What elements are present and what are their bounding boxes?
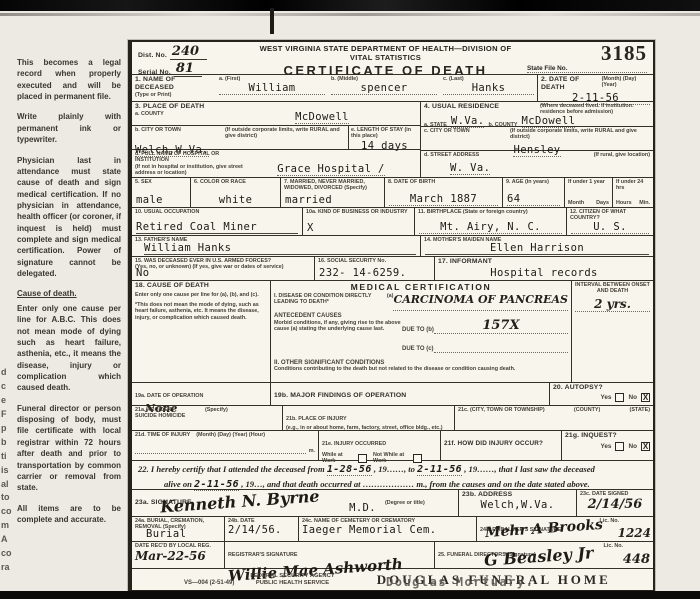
sex-value: male — [136, 194, 186, 206]
pod-city-note: (If outside corporate limits, write RURA… — [225, 127, 345, 139]
burial-type-cell: 24a. BURIAL, CREMATION, REMOVAL (Specify… — [132, 517, 224, 541]
birthplace-label: 11. BIRTHPLACE (State or foreign country… — [418, 209, 563, 215]
antecedent-block: ANTECEDENT CAUSES Morbid conditions, if … — [271, 312, 571, 358]
birthplace-value: Mt. Airy, N. C. — [419, 221, 562, 234]
medical-certification-body: MEDICAL CERTIFICATION I. DISEASE OR COND… — [270, 281, 571, 382]
age-under24hr-label: If under 24 hrs — [616, 179, 650, 191]
department-title: WEST VIRGINIA STATE DEPARTMENT OF HEALTH… — [253, 44, 518, 62]
time-of-injury-sublabel: (Month) (Day) (Year) (Hour) — [196, 432, 265, 438]
residence-city-note: (If outside corporate limits, write RURA… — [510, 128, 650, 140]
embalmer-cell: 24d. EMBALMER'S SIGNATURE Lic. No. Mehr … — [476, 517, 653, 541]
parents-row: 13. FATHER'S NAME William Hanks 14. MOTH… — [132, 236, 653, 257]
age-hours-label: Hours — [616, 200, 632, 206]
interval-cell: INTERVAL BETWEEN ONSET AND DEATH 2 yrs. — [571, 281, 653, 382]
medical-certification-title: MEDICAL CERTIFICATION — [271, 281, 571, 292]
date-received-value: Mar-22-56 — [135, 549, 221, 563]
burial-date-cell: 24b. DATE 2/14/56. — [224, 517, 298, 541]
burial-row: 24a. BURIAL, CREMATION, REMOVAL (Specify… — [132, 517, 653, 542]
injury-occurred-label: 21e. INJURY OCCURRED — [322, 441, 386, 447]
embalmer-lic-value: 1224 — [618, 526, 651, 540]
medical-certification-section: 18. CAUSE OF DEATH Enter only one cause … — [132, 281, 653, 383]
dist-no-label: Dist. No. — [138, 52, 167, 60]
place-of-injury-label: 21b. PLACE OF INJURY — [286, 416, 347, 422]
time-of-injury-label: 21d. TIME OF INJURY — [135, 432, 190, 438]
occupation-cell: 10. USUAL OCCUPATION Retired Coal Miner — [132, 208, 302, 235]
inquest-no-checkbox: X — [641, 442, 650, 451]
sex-label: 5. SEX — [135, 179, 187, 185]
father-value: William Hanks — [144, 242, 416, 255]
pod-city-label: b. CITY OR TOWN — [135, 127, 181, 139]
mother-cell: 14. MOTHER'S MAIDEN NAME Ellen Harrison — [420, 236, 653, 256]
place-of-death-label: 3. PLACE OF DEATH — [135, 103, 227, 111]
degree-title-cell: (Degree or title) — [382, 490, 458, 516]
burial-type-value: Burial — [146, 528, 220, 540]
age-under1yr-cell: If under 1 year Month Days — [564, 178, 612, 207]
place-of-injury-cell: 21b. PLACE OF INJURY (e.g., in or about … — [282, 406, 454, 430]
physician-address-value: Welch,W.Va. — [462, 499, 573, 511]
accident-cell: 21a. ACCIDENT SUICIDE HOMICIDE (Specify) — [132, 406, 282, 430]
certificate-form: Dist. No. 240 Serial No. 81 WEST VIRGINI… — [128, 40, 655, 592]
disease-a-value: CARCINOMA OF PANCREAS — [393, 293, 568, 311]
date-signed-value: 2/14/56 — [580, 497, 650, 512]
note-funeral-director: Funeral director or person disposing of … — [17, 403, 121, 494]
injury-type-row: 21a. ACCIDENT SUICIDE HOMICIDE (Specify)… — [132, 406, 653, 431]
dist-serial-block: Dist. No. 240 Serial No. 81 — [132, 42, 250, 74]
first-name-value: William — [219, 82, 325, 95]
dist-no-value: 240 — [170, 44, 207, 60]
certify-text-4: alive on — [164, 479, 192, 489]
time-of-injury-blank — [135, 444, 306, 454]
occupation-row: 10. USUAL OCCUPATION Retired Coal Miner … — [132, 208, 653, 236]
form-number: VS—004 (2-51-49) — [184, 580, 234, 586]
last-name-value: Hanks — [443, 82, 534, 95]
injury-county-label: (COUNTY) — [574, 407, 600, 429]
time-of-injury-cell: 21d. TIME OF INJURY (Month) (Day) (Year)… — [132, 431, 318, 460]
dob-label: 8. DATE OF BIRTH — [388, 179, 499, 185]
autopsy-label: 20. AUTOPSY? — [553, 384, 650, 392]
certify-text-3: , 19……, that I last saw the deceased — [464, 464, 595, 474]
fd-lic-value: 448 — [623, 552, 650, 567]
residence-street-row: d. STREET ADDRESS (If rural, give locati… — [421, 151, 653, 177]
sex-cell: 5. SEX male — [132, 178, 190, 207]
date-of-death-label: 2. DATE OF DEATH — [541, 76, 602, 92]
citizen-label: 12. CITIZEN OF WHAT COUNTRY? — [570, 209, 650, 221]
armed-forces-value: No — [136, 267, 310, 279]
pod-county-value: McDowell — [295, 111, 349, 124]
due-to-b-value: 157X — [434, 318, 568, 334]
age-cell: 9. AGE (In years) 64 — [502, 178, 564, 207]
certify-text-1: 22. I hereby certify that I attended the… — [138, 464, 325, 474]
how-injury-label: 21f. HOW DID INJURY OCCUR? — [444, 440, 543, 447]
disease-line: I. DISEASE OR CONDITION DIRECTLY LEADING… — [271, 292, 571, 312]
age-under1yr-label: If under 1 year — [568, 179, 609, 185]
other-conditions-note: Conditions contributing to the death but… — [274, 366, 568, 372]
usual-residence-section: 4. USUAL RESIDENCE (Where deceased lived… — [420, 102, 653, 177]
street-address-note: (If rural, give location) — [594, 152, 650, 158]
occupation-value: Retired Coal Miner — [136, 221, 298, 234]
date-of-death-sublabel: (Month) (Day) (Year) — [602, 76, 650, 92]
autopsy-no-checkbox: X — [641, 393, 650, 402]
usual-residence-note: (Where deceased lived. If institution: r… — [540, 103, 650, 115]
date-received-cell: DATE REC'D BY LOCAL REG. Mar-22-56 — [132, 542, 224, 568]
citizen-value: U. S. — [571, 221, 649, 234]
injury-city-label: 21c. (CITY, TOWN OR TOWNSHIP) — [458, 407, 545, 429]
note-cause-heading: Cause of death. — [17, 288, 121, 299]
other-conditions-label: II. OTHER SIGNIFICANT CONDITIONS — [274, 359, 568, 366]
scan-artifact-streak — [0, 13, 700, 16]
burial-date-value: 2/14/56. — [228, 524, 295, 536]
hospital-value: Grace Hospital / — [277, 163, 385, 176]
operation-autopsy-row: 19a. DATE OF OPERATION None 19b. MAJOR F… — [132, 383, 653, 406]
autopsy-no-label: No — [628, 394, 637, 401]
pod-hospital-row: d. FULL NAME OF HOSPITAL OR INSTITUTION … — [132, 150, 420, 177]
inquest-yes-checkbox — [615, 442, 624, 451]
dob-value: March 1887 — [389, 193, 498, 206]
operation-findings-cell: 19b. MAJOR FINDINGS OF OPERATION — [270, 383, 549, 405]
marital-cell: 7. MARRIED, NEVER MARRIED, WIDOWED, DIVO… — [280, 178, 384, 207]
middle-name-value: spencer — [331, 82, 437, 95]
registrar-signature-cell: REGISTRAR'S SIGNATURE Willie Mae Ashwort… — [224, 542, 434, 568]
note-cause-rules: Enter only one cause per line for A.B.C.… — [17, 303, 121, 394]
race-value: white — [195, 194, 276, 206]
cemetery-cell: 24c. NAME OF CEMETERY OR CREMATORY Iaege… — [298, 517, 476, 541]
accident-label: 21a. ACCIDENT SUICIDE HOMICIDE — [135, 407, 195, 429]
citizen-cell: 12. CITIZEN OF WHAT COUNTRY? U. S. — [566, 208, 653, 235]
street-address-label: d. STREET ADDRESS — [424, 152, 479, 158]
sex-race-age-row: 5. SEX male 6. COLOR OR RACE white 7. MA… — [132, 178, 653, 208]
scan-artifact-edge-text: d c e F p b ti is al to co m A co ra — [1, 366, 13, 575]
age-min-label: Min. — [639, 200, 650, 206]
attendance-certify-row: 22. I hereby certify that I attended the… — [132, 461, 653, 490]
informant-value: Hospital records — [439, 267, 649, 279]
physician-signature-cell: 23a. SIGNATURE Kenneth N. Byrne M.D. — [132, 490, 382, 516]
service-ssn-informant-row: 15. WAS DECEASED EVER IN U.S. ARMED FORC… — [132, 257, 653, 281]
due-to-c-label: DUE TO (c) — [402, 346, 434, 353]
inquest-yes-label: Yes — [600, 443, 611, 450]
physician-signature: Kenneth N. Byrne — [160, 486, 321, 516]
cause-of-death-label: 18. CAUSE OF DEATH — [135, 282, 267, 290]
first-name-cell: a. (First) William — [216, 75, 328, 101]
date-signed-cell: 23c. DATE SIGNED 2/14/56 — [576, 490, 653, 516]
injury-state-label: (STATE) — [630, 407, 650, 429]
age-value: 64 — [507, 193, 560, 206]
physician-address-label: 23b. ADDRESS — [462, 491, 573, 499]
autopsy-cell: 20. AUTOPSY? Yes No X — [549, 383, 653, 405]
place-residence-block: 3. PLACE OF DEATH a. COUNTY McDowell b. … — [132, 102, 653, 178]
note-write-plainly: Write plainly with permanent ink or type… — [17, 111, 121, 145]
form-header-row: Dist. No. 240 Serial No. 81 WEST VIRGINI… — [132, 42, 653, 75]
cause-of-death-note-cell: 18. CAUSE OF DEATH Enter only one cause … — [132, 281, 270, 382]
race-label: 6. COLOR OR RACE — [194, 179, 277, 185]
injury-time-row: 21d. TIME OF INJURY (Month) (Day) (Year)… — [132, 431, 653, 461]
agency-line-2: PUBLIC HEALTH SERVICE — [250, 580, 334, 587]
agency-line-1: FEDERAL SECURITY AGENCY — [250, 573, 334, 580]
business-cell: 10a. KIND OF BUSINESS OR INDUSTRY X — [302, 208, 414, 235]
age-label: 9. AGE (In years) — [506, 179, 561, 185]
operation-findings-label: 19b. MAJOR FINDINGS OF OPERATION — [274, 392, 406, 399]
middle-name-cell: b. (Middle) spencer — [328, 75, 440, 101]
residence-state-county-row: 4. USUAL RESIDENCE (Where deceased lived… — [421, 102, 653, 127]
father-cell: 13. FATHER'S NAME William Hanks — [132, 236, 420, 256]
certify-from-date: 1-28-56 — [327, 464, 372, 476]
scan-artifact-top-band — [0, 0, 700, 11]
scan-artifact-bottom-band — [0, 591, 700, 599]
business-value: X — [307, 222, 410, 234]
cause-note-1: Enter only one cause per line for (a), (… — [135, 292, 267, 298]
due-to-c-blank — [434, 343, 568, 353]
name-label: 1. NAME OF DECEASED — [135, 76, 213, 92]
ssn-label: 16. SOCIAL SECURITY No. — [318, 258, 431, 264]
autopsy-yes-checkbox — [615, 393, 624, 402]
cause-note-2: *This does not mean the mode of dying, s… — [135, 302, 267, 321]
physician-signature-row: 23a. SIGNATURE Kenneth N. Byrne M.D. (De… — [132, 490, 653, 517]
funeral-director-cell: 25. FUNERAL DIRECTORS (Signature) Lic. N… — [434, 542, 653, 568]
ssn-cell: 16. SOCIAL SECURITY No. 232- 14-6259. — [314, 257, 434, 280]
autopsy-yes-label: Yes — [600, 394, 611, 401]
injury-occurred-cell: 21e. INJURY OCCURRED While at Work Not W… — [318, 431, 440, 460]
residence-city-row: c. CITY OR TOWN (If outside corporate li… — [421, 127, 653, 151]
disease-label: I. DISEASE OR CONDITION DIRECTLY LEADING… — [274, 293, 387, 311]
physician-degree: M.D. — [349, 502, 376, 514]
marital-label: 7. MARRIED, NEVER MARRIED, WIDOWED, DIVO… — [284, 179, 381, 191]
injury-location-cell: 21c. (CITY, TOWN OR TOWNSHIP) (COUNTY) (… — [454, 406, 653, 430]
hospital-label: d. FULL NAME OF HOSPITAL OR INSTITUTION — [135, 151, 245, 163]
cemetery-value: Iaeger Memorial Cem. — [302, 524, 473, 536]
age-under24hr-cell: If under 24 hrs Hours Min. — [612, 178, 653, 207]
certify-text-2: , 19……, to — [374, 464, 415, 474]
marital-value: married — [285, 194, 380, 206]
informant-cell: 17. INFORMANT Hospital records — [434, 257, 653, 280]
inquest-label: 21g. INQUEST? — [565, 432, 650, 440]
accident-specify-note: (Specify) — [205, 407, 228, 429]
fd-lic-label: Lic. No. — [604, 543, 623, 549]
state-file-label: State File No. — [527, 65, 647, 73]
antecedent-note: Morbid conditions, if any, giving rise t… — [274, 320, 402, 332]
due-to-b-label: DUE TO (b) — [402, 327, 434, 334]
registrar-row: DATE REC'D BY LOCAL REG. Mar-22-56 REGIS… — [132, 542, 653, 569]
date-of-death-cell: 2. DATE OF DEATH (Month) (Day) (Year) 2-… — [537, 75, 653, 101]
other-conditions-block: II. OTHER SIGNIFICANT CONDITIONS Conditi… — [271, 358, 571, 382]
dob-cell: 8. DATE OF BIRTH March 1887 — [384, 178, 502, 207]
race-cell: 6. COLOR OR RACE white — [190, 178, 280, 207]
interval-value: 2 yrs. — [575, 297, 650, 312]
time-of-injury-m: m. — [309, 448, 315, 454]
mother-value: Ellen Harrison — [425, 242, 649, 255]
usual-residence-label: 4. USUAL RESIDENCE — [424, 103, 499, 115]
inquest-no-label: No — [628, 443, 637, 450]
header-titles: WEST VIRGINIA STATE DEPARTMENT OF HEALTH… — [250, 42, 521, 74]
inquest-cell: 21g. INQUEST? Yes No X — [561, 431, 653, 460]
note-physician: Physician last in attendance must state … — [17, 155, 121, 280]
margin-instructions: This becomes a legal record when properl… — [17, 57, 121, 534]
last-name-cell: c. (Last) Hanks — [440, 75, 537, 101]
note-complete-accurate: All items are to be complete and accurat… — [17, 503, 121, 526]
pod-county-row: 3. PLACE OF DEATH a. COUNTY McDowell — [132, 102, 420, 126]
name-type-note: (Type or Print) — [135, 92, 213, 98]
funeral-director-signature: G Beasley Jr — [483, 543, 593, 570]
antecedent-label: ANTECEDENT CAUSES — [274, 313, 402, 320]
informant-label: 17. INFORMANT — [438, 258, 650, 266]
place-of-death-section: 3. PLACE OF DEATH a. COUNTY McDowell b. … — [132, 102, 420, 177]
operation-date-label: 19a. DATE OF OPERATION — [135, 393, 203, 399]
armed-forces-cell: 15. WAS DECEASED EVER IN U.S. ARMED FORC… — [132, 257, 314, 280]
state-file-number: 3185 — [527, 43, 647, 64]
registrar-signature-label: REGISTRAR'S SIGNATURE — [228, 552, 297, 558]
bottom-cutoff-text: Douglas Mortuary. — [386, 575, 534, 589]
how-injury-cell: 21f. HOW DID INJURY OCCUR? — [440, 431, 561, 460]
interval-label: INTERVAL BETWEEN ONSET AND DEATH — [575, 282, 650, 294]
ssn-value: 232- 14-6259. — [319, 267, 430, 279]
certify-to-date: 2-11-56 — [417, 464, 462, 476]
business-label: 10a. KIND OF BUSINESS OR INDUSTRY — [306, 209, 411, 215]
degree-title-label: (Degree or title) — [385, 500, 425, 506]
name-label-cell: 1. NAME OF DECEASED (Type or Print) — [132, 75, 216, 101]
pod-county-label: a. COUNTY — [135, 111, 227, 117]
hospital-note: (If not in hospital or institution, give… — [135, 164, 245, 176]
disease-a-label: (a) — [387, 293, 394, 311]
physician-address-cell: 23b. ADDRESS Welch,W.Va. — [458, 490, 576, 516]
residence-city-label: c. CITY OR TOWN — [424, 128, 470, 140]
scan-artifact-tick — [270, 8, 274, 34]
length-of-stay-label: e. LENGTH OF STAY (in this place) — [351, 127, 418, 139]
age-days-label: Days — [596, 200, 609, 206]
occupation-label: 10. USUAL OCCUPATION — [135, 209, 299, 215]
pod-city-row: b. CITY OR TOWN (If outside corporate li… — [132, 126, 420, 150]
file-number-block: 3185 State File No. — [521, 42, 653, 74]
birthplace-cell: 11. BIRTHPLACE (State or foreign country… — [414, 208, 566, 235]
name-row: 1. NAME OF DECEASED (Type or Print) a. (… — [132, 75, 653, 102]
operation-date-cell: 19a. DATE OF OPERATION None — [132, 383, 270, 405]
street-address-value: W. Va. — [450, 162, 490, 175]
age-months-label: Month — [568, 200, 584, 206]
note-legal-record: This becomes a legal record when properl… — [17, 57, 121, 102]
embalmer-signature: Mehr A Brooks — [485, 517, 604, 541]
